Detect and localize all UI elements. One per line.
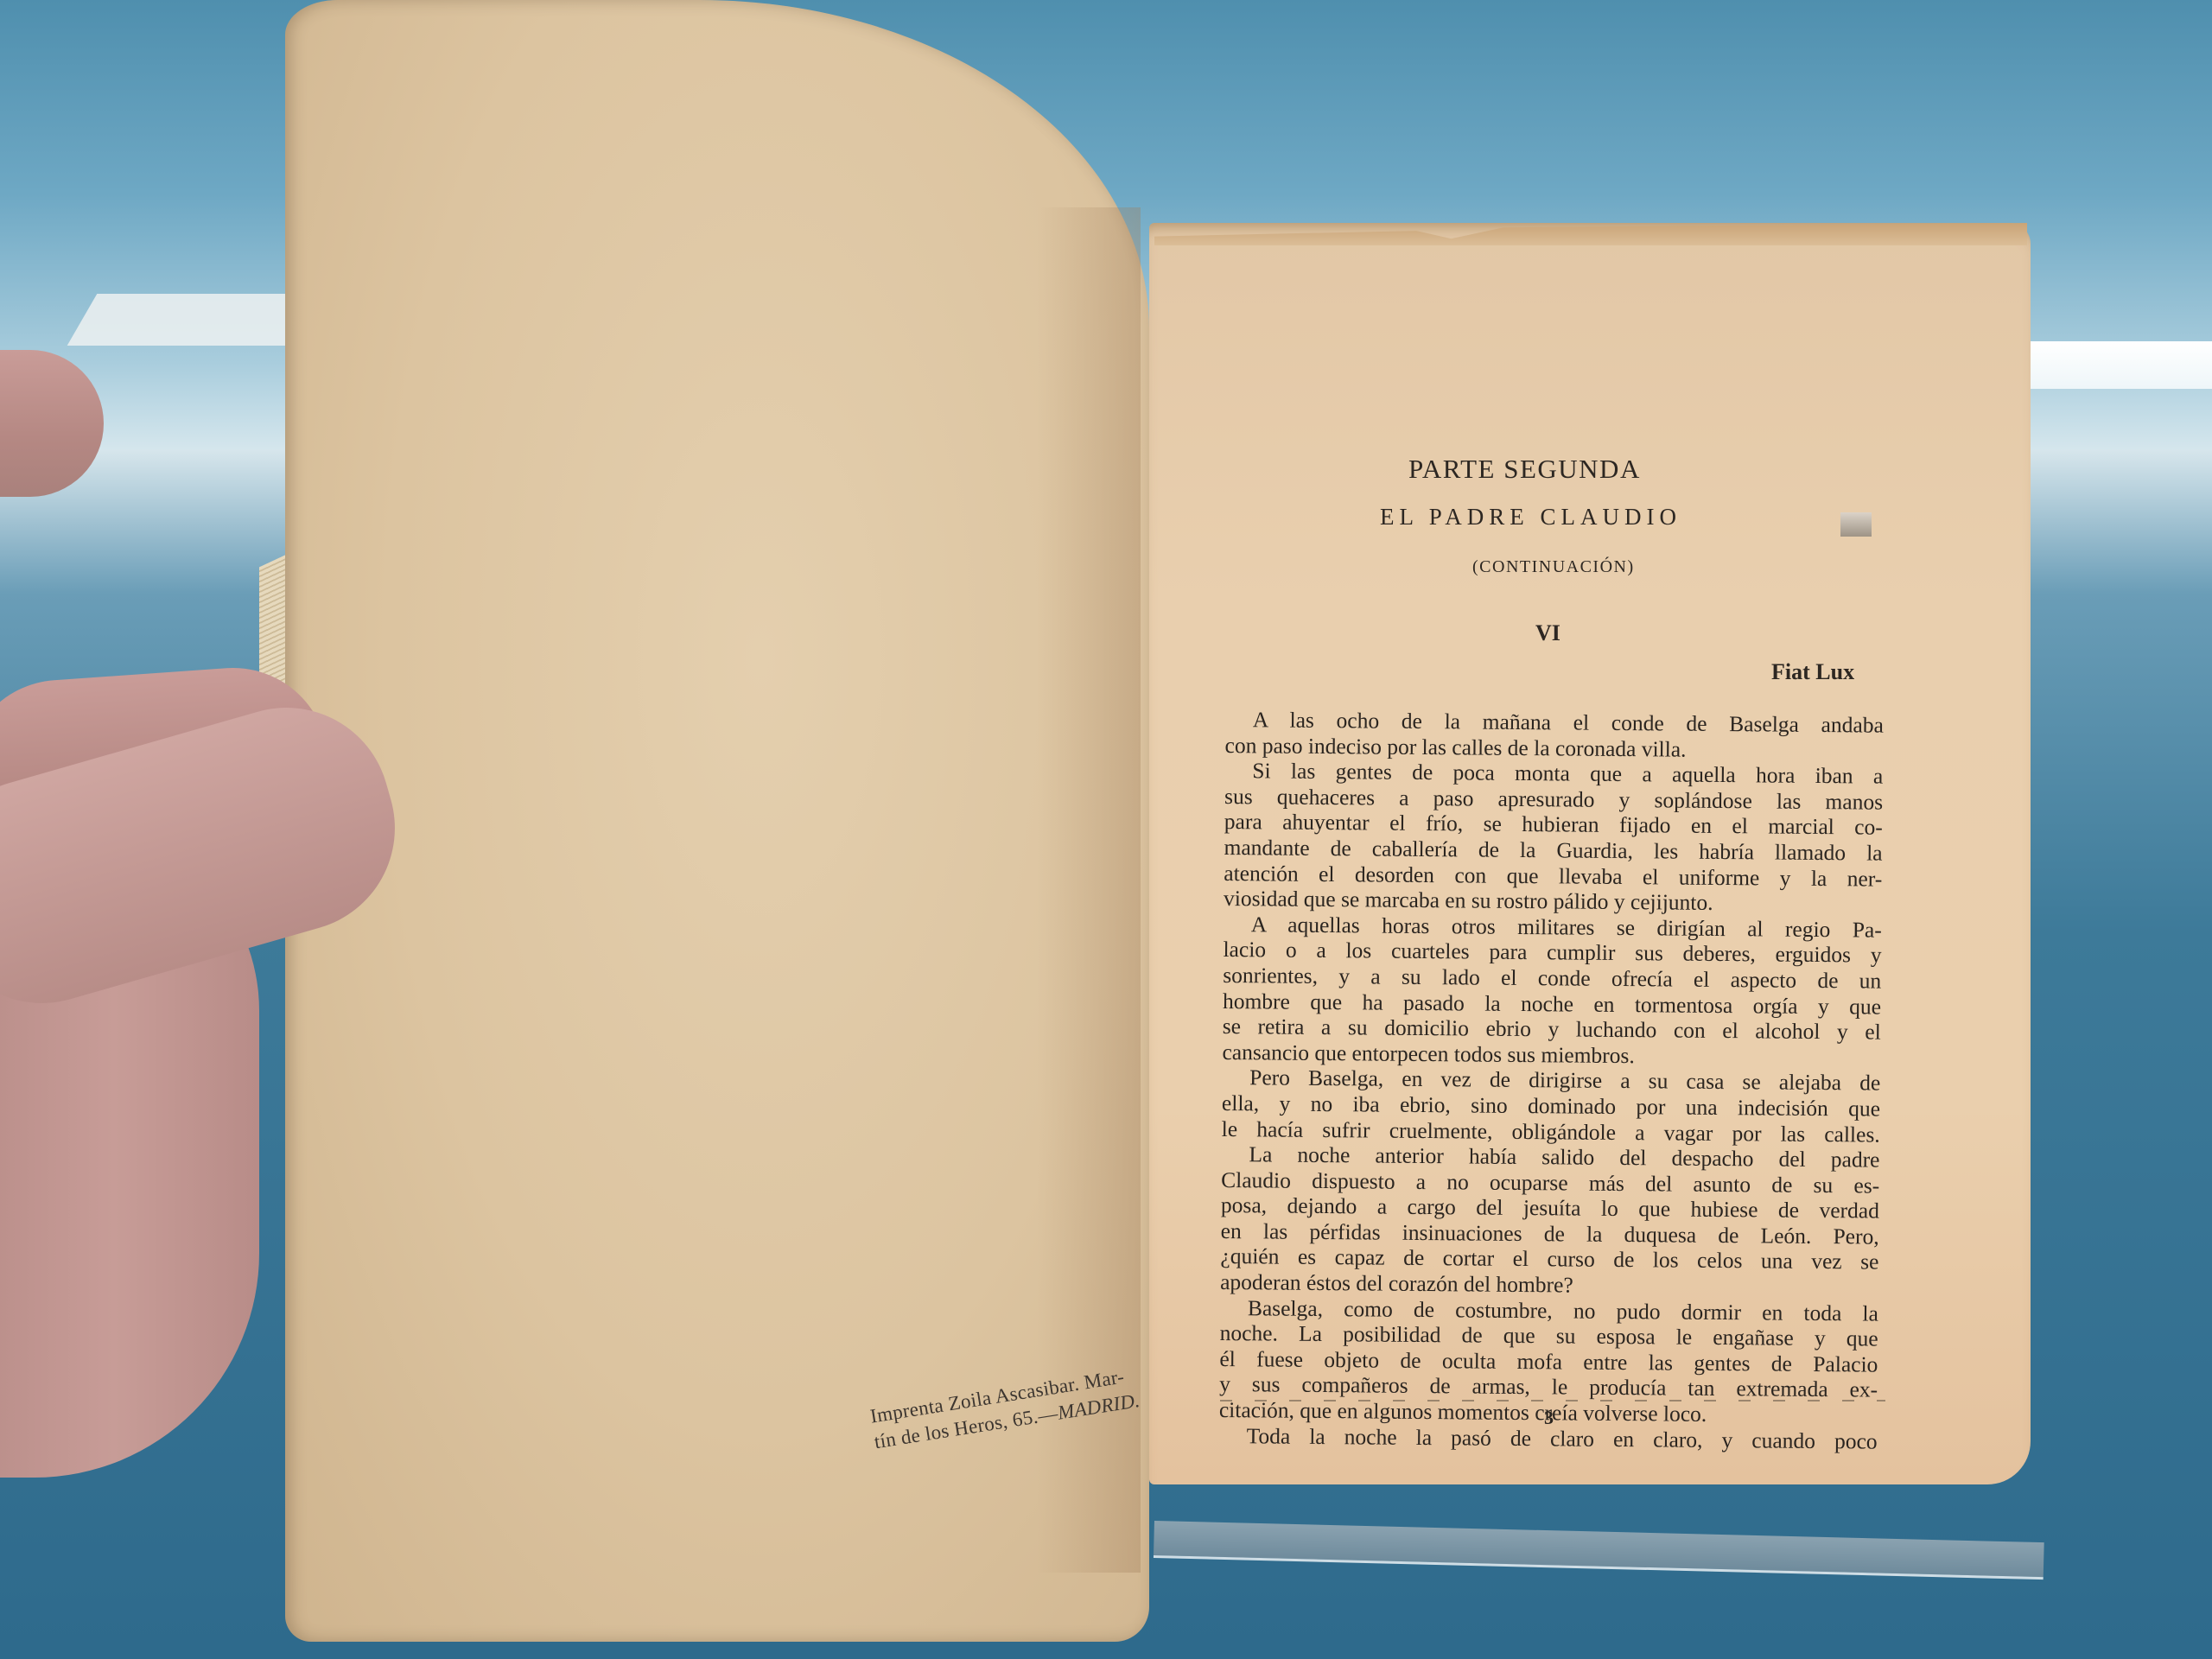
body-text: A las ocho de la mañana el conde de Base… bbox=[1219, 707, 1884, 1454]
part-title: PARTE SEGUNDA bbox=[1408, 454, 1641, 485]
footer-rule bbox=[1220, 1400, 1885, 1402]
light-reflection bbox=[2022, 341, 2212, 389]
chapter-number: VI bbox=[1535, 620, 1560, 646]
photo-scene: PARTE SEGUNDA EL PADRE CLAUDIO (CONTINUA… bbox=[0, 0, 2212, 1659]
page-number: 3 bbox=[1544, 1407, 1554, 1429]
continuation-label: (CONTINUACIÓN) bbox=[1472, 557, 1635, 577]
book-title: EL PADRE CLAUDIO bbox=[1380, 504, 1681, 531]
library-stamp-mark bbox=[1840, 512, 1872, 537]
section-title: Fiat Lux bbox=[1771, 659, 1854, 685]
